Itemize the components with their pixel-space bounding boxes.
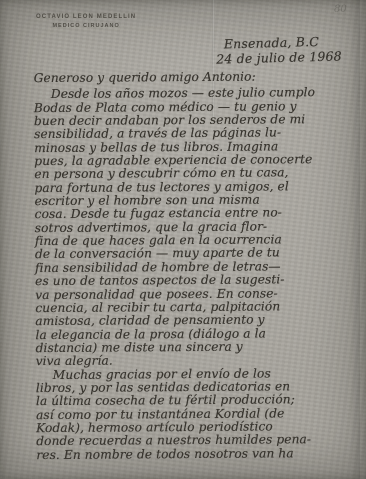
pencil-page-mark: 80 [334,4,347,15]
letterhead-name: OCTAVIO LEON MEDELLIN [36,13,136,21]
body-line: res. En nombre de todos nosotros van ha [36,447,346,463]
salutation: Generoso y querido amigo Antonio: [34,70,344,86]
paper-edge-shadow [350,0,360,479]
letter-body: Generoso y querido amigo Antonio: Desde … [34,70,347,462]
dateline: Ensenada, B.C 24 de julio de 1968 [216,33,342,66]
dateline-date: 24 de julio de 1968 [216,48,342,66]
letterhead-title: MEDICO CIRUJANO [36,22,136,30]
letter-scan: OCTAVIO LEON MEDELLIN MEDICO CIRUJANO 80… [0,0,366,479]
letterhead: OCTAVIO LEON MEDELLIN MEDICO CIRUJANO [36,13,136,30]
